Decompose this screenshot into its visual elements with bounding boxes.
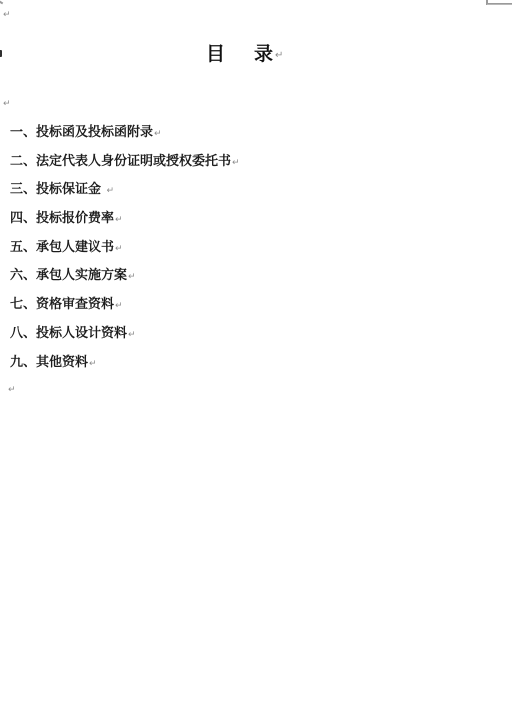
paragraph-mark-icon: ↵: [107, 186, 115, 196]
toc-item: 四、投标报价费率↵: [10, 205, 240, 234]
toc-item-label: 八、投标人设计资料: [10, 326, 127, 341]
toc-item: 七、资格审查资料↵: [10, 291, 240, 320]
paragraph-mark-icon: ↵: [232, 158, 240, 168]
toc-item-label: 一、投标函及投标函附录: [10, 125, 153, 140]
toc-item: 九、其他资料↵: [10, 349, 240, 378]
paragraph-mark-icon: ↵: [3, 11, 11, 20]
clipped-left-edge-mark: [0, 50, 2, 57]
document-page: { "page": { "background_color": "#ffffff…: [0, 0, 512, 721]
page-title: 目 录: [206, 44, 278, 64]
paragraph-mark-icon: ↵: [154, 129, 162, 139]
toc-item: 一、投标函及投标函附录↵: [10, 119, 240, 148]
paragraph-mark-icon: ↵: [128, 272, 136, 282]
document-title-line: 目 录↵: [206, 44, 283, 64]
paragraph-mark-icon: ↵: [128, 330, 136, 340]
toc-item-label: 七、资格审查资料: [10, 297, 114, 312]
paragraph-mark-icon: ↵: [115, 244, 123, 254]
toc-item-label: 四、投标报价费率: [10, 211, 114, 226]
paragraph-mark-icon: ↵: [3, 100, 11, 109]
paragraph-mark-icon: ↵: [115, 301, 123, 311]
table-of-contents: 一、投标函及投标函附录↵ 二、法定代表人身份证明或授权委托书↵ 三、投标保证金 …: [10, 119, 240, 377]
toc-item-label: 六、承包人实施方案: [10, 268, 127, 283]
toc-item: 六、承包人实施方案↵: [10, 262, 240, 291]
paragraph-mark-icon: ↵: [89, 359, 97, 369]
paragraph-mark-icon: ↵: [8, 386, 16, 395]
clipped-corner-fragment: [0, 0, 3, 4]
toc-item-label: 二、法定代表人身份证明或授权委托书: [10, 154, 231, 169]
toc-item: 五、承包人建议书↵: [10, 234, 240, 263]
toc-item-label: 九、其他资料: [10, 355, 88, 370]
toc-item-label: 五、承包人建议书: [10, 240, 114, 255]
toc-item-label: 三、投标保证金: [10, 182, 106, 197]
clipped-box-corner-horizontal: [487, 3, 512, 5]
toc-item: 八、投标人设计资料↵: [10, 320, 240, 349]
toc-item: 二、法定代表人身份证明或授权委托书↵: [10, 148, 240, 177]
paragraph-mark-icon: ↵: [275, 50, 283, 61]
paragraph-mark-icon: ↵: [115, 215, 123, 225]
toc-item: 三、投标保证金 ↵: [10, 176, 240, 205]
